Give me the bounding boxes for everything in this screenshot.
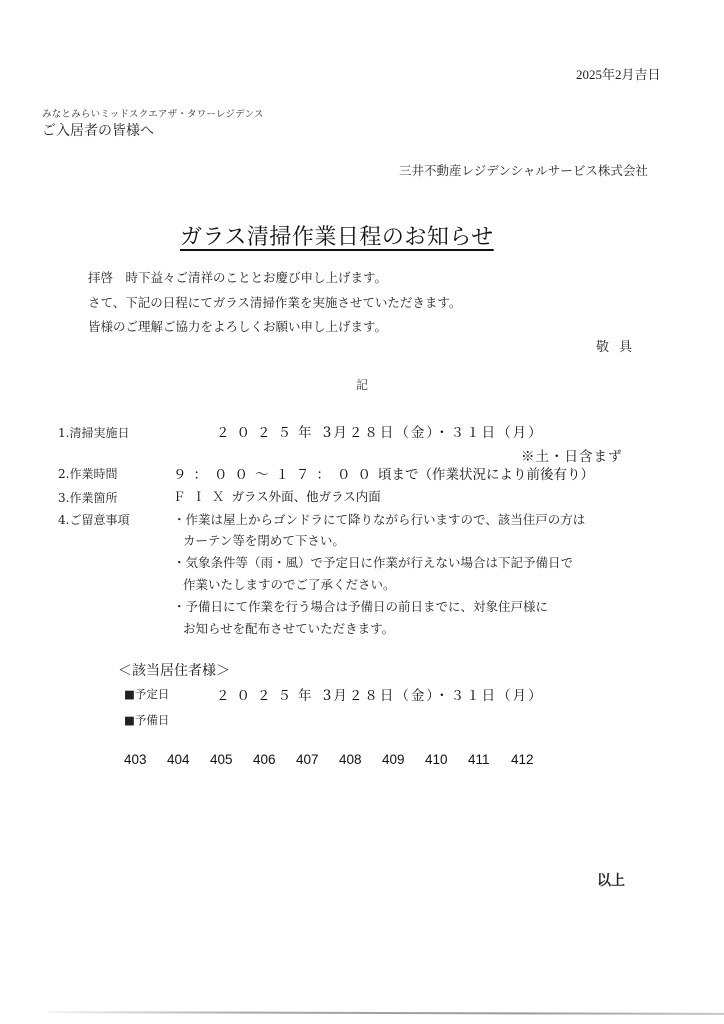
unit-number: 411 xyxy=(468,752,511,767)
item-notes-label: 4.ご留意事項 xyxy=(58,511,129,528)
greeting-line-2: さて、下記の日程にてガラス清掃作業を実施させていただきます。 xyxy=(88,293,461,311)
item-work-location-label: 3.作業箇所 xyxy=(58,489,117,506)
cleaning-days: 3月２８日（金）・３１日（月） xyxy=(323,425,544,441)
cleaning-year: ２０２５年 xyxy=(216,425,319,441)
scheduled-days: 3月２８日（金）・３１日（月） xyxy=(323,688,544,704)
item-work-hours-label: 2.作業時間 xyxy=(58,465,117,482)
issue-date: 2025年2月吉日 xyxy=(576,64,661,83)
greeting-line-3: 皆様のご理解ご協力をよろしくお願い申し上げます。 xyxy=(88,317,387,335)
end-mark: 以上 xyxy=(597,870,625,890)
note-bullet-1-cont: カーテン等を閉めて下さい。 xyxy=(183,531,345,549)
item-cleaning-date-value: ２０２５年 3月２８日（金）・３１日（月） xyxy=(216,421,544,441)
ki-heading: 記 xyxy=(356,376,368,393)
unit-number: 405 xyxy=(210,752,253,767)
document-title: ガラス清掃作業日程のお知らせ xyxy=(180,220,494,251)
scheduled-date-label: ■予定日 xyxy=(124,686,169,702)
note-bullet-3: ・予備日にて作業を行う場合は予備日の前日までに、対象住戸様に xyxy=(173,597,548,615)
target-residents-heading: ＜該当居住者様＞ xyxy=(118,660,230,680)
note-bullet-1: ・作業は屋上からゴンドラにて降りながら行いますので、該当住戸の方は xyxy=(173,510,585,528)
item-cleaning-date-label: 1.清掃実施日 xyxy=(58,424,129,441)
work-location-detail: ガラス外面、他ガラス内面 xyxy=(232,489,381,504)
note-bullet-2-cont: 作業いたしますのでご了承ください。 xyxy=(183,575,396,593)
unit-number: 412 xyxy=(511,752,554,767)
unit-number-list: 403 404 405 406 407 408 409 410 411 412 xyxy=(124,752,554,767)
work-hours-note: 頃まで（作業状況により前後有り） xyxy=(378,467,594,483)
unit-number: 407 xyxy=(296,752,339,767)
item-work-hours-value: ９：００～１７：００頃まで（作業状況により前後有り） xyxy=(173,463,594,483)
note-bullet-3-cont: お知らせを配布させていただきます。 xyxy=(183,619,394,637)
weekend-excluded-note: ※土・日含まず xyxy=(521,445,623,465)
note-bullet-2: ・気象条件等（雨・風）で予定日に作業が行えない場合は下記予備日で xyxy=(173,553,573,571)
unit-number: 406 xyxy=(253,752,296,767)
greeting-line-1: 拝啓 時下益々ご清祥のこととお慶び申し上げます。 xyxy=(88,268,387,286)
scheduled-year: ２０２５年 xyxy=(216,688,319,704)
item-work-location-value: ＦＩＸガラス外面、他ガラス内面 xyxy=(173,487,381,505)
unit-number: 404 xyxy=(167,752,210,767)
sender-company: 三井不動産レジデンシャルサービス株式会社 xyxy=(399,161,648,179)
fix-label: ＦＩＸ xyxy=(173,489,232,504)
unit-number: 408 xyxy=(339,752,382,767)
recipient: ご入居者の皆様へ xyxy=(42,120,154,140)
unit-number: 410 xyxy=(425,752,468,767)
closing-phrase: 敬具 xyxy=(596,336,642,355)
work-hours-time: ９：００～１７：００ xyxy=(173,467,378,483)
scan-edge-line xyxy=(48,1011,724,1015)
building-name: みなとみらいミッドスクエアザ・タワーレジデンス xyxy=(42,106,264,120)
reserve-date-label: ■予備日 xyxy=(124,712,169,728)
scheduled-date-value: ２０２５年 3月２８日（金）・３１日（月） xyxy=(216,684,544,704)
unit-number: 409 xyxy=(382,752,425,767)
unit-number: 403 xyxy=(124,752,167,767)
